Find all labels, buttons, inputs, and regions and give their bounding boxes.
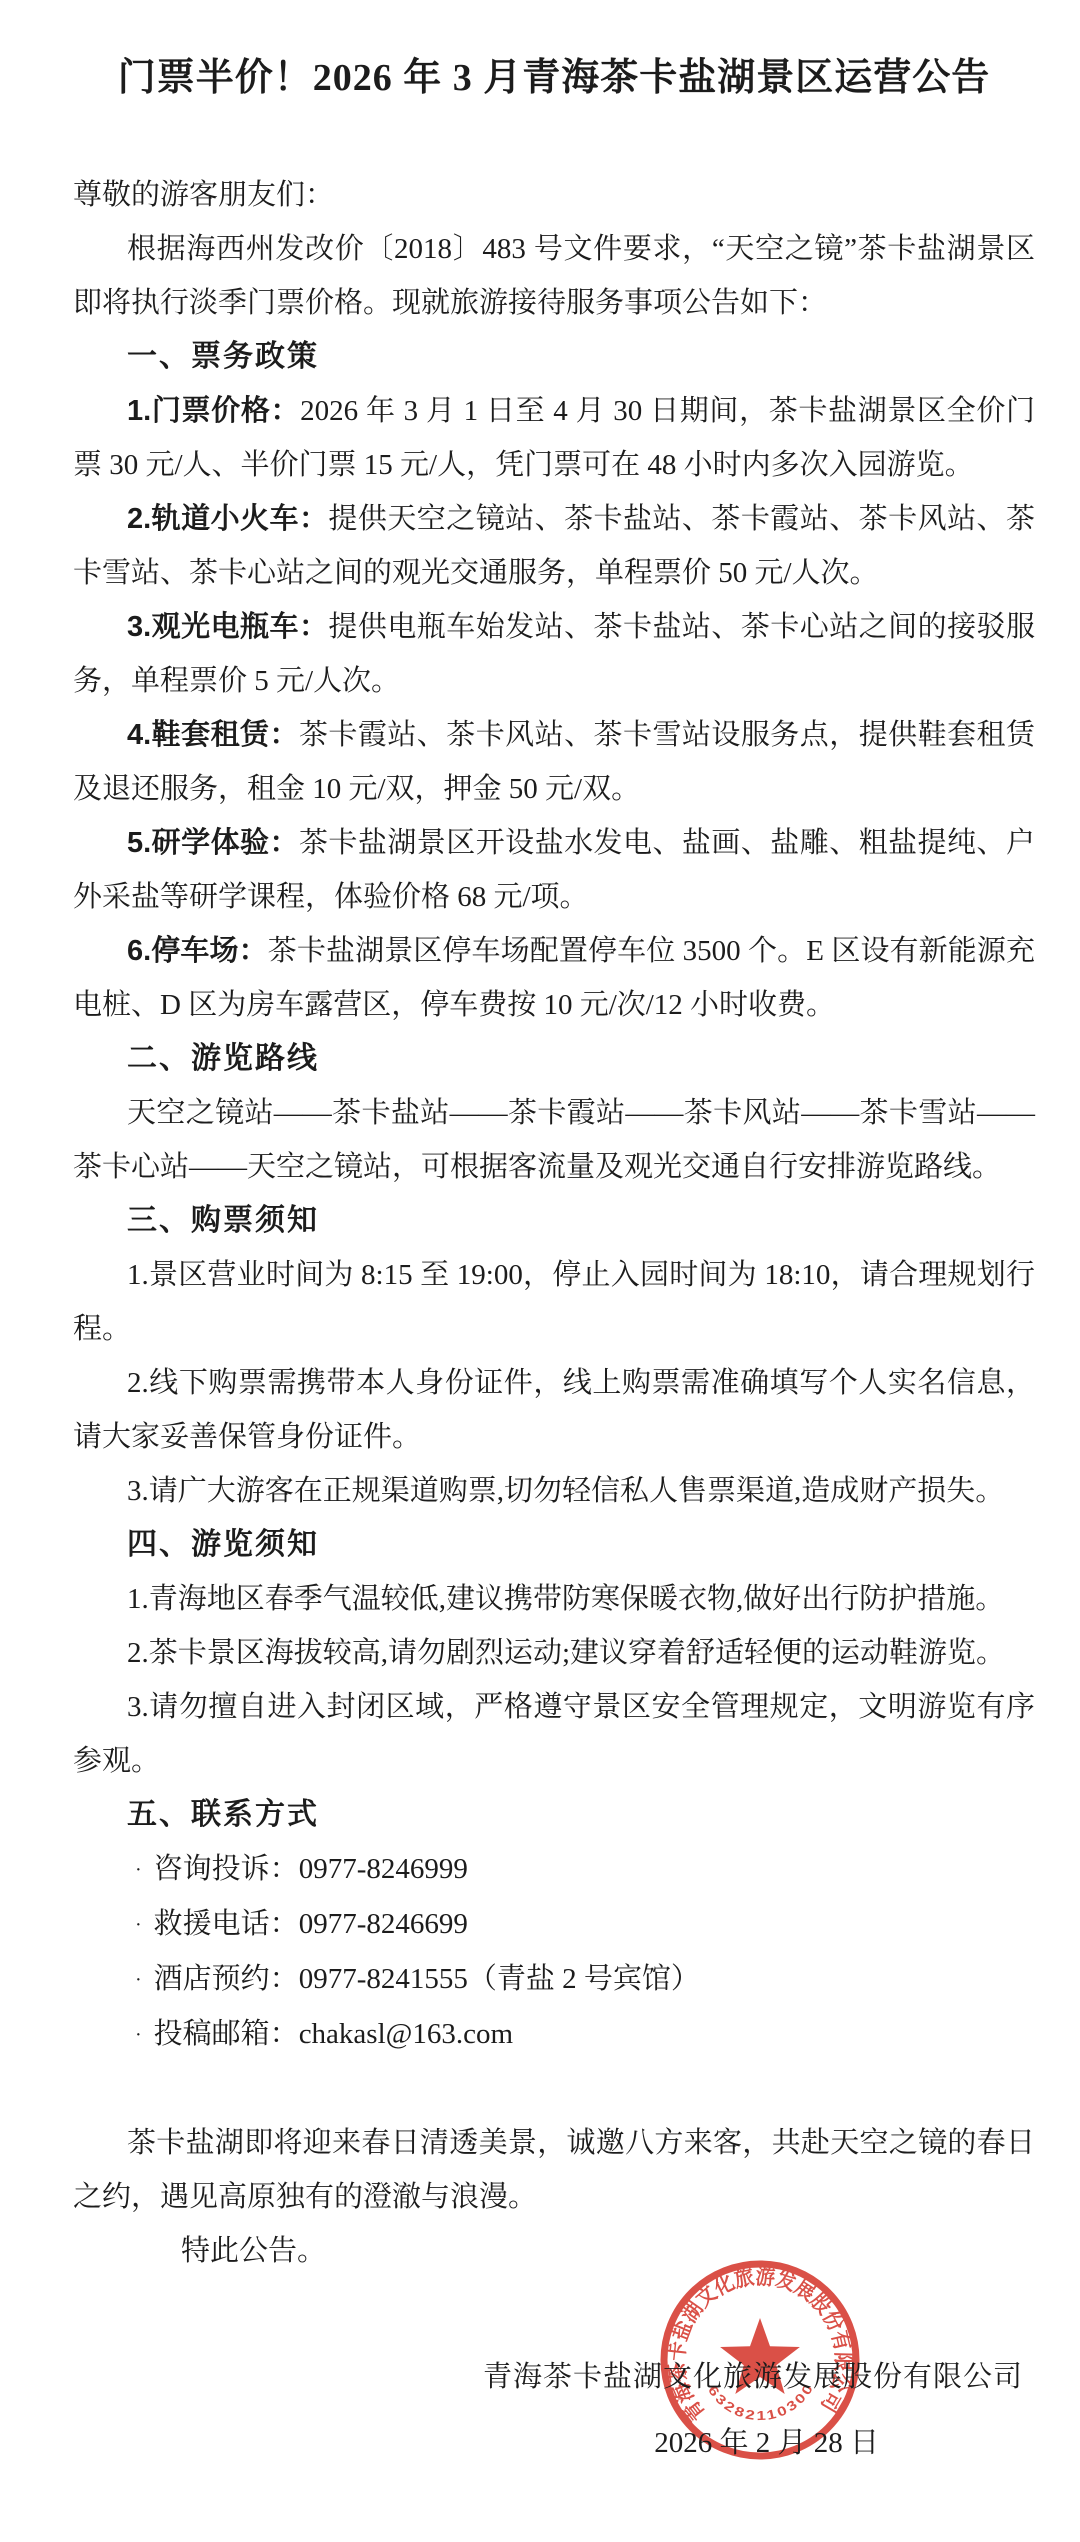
policy-item-parking: 6.停车场：茶卡盐湖景区停车场配置停车位 3500 个。E 区设有新能源充电桩、… [73, 924, 1035, 1032]
bullet-icon: · [135, 1843, 142, 1897]
contact-value: 0977-8246999 [299, 1853, 468, 1885]
contact-label: 咨询投诉： [154, 1853, 299, 1885]
announcement-date: 2026 年 2 月 28 日 [654, 2416, 879, 2470]
item-label: 5.研学体验： [127, 827, 299, 859]
signature-block: 青海茶卡盐湖文化旅游发展股份有限公司 6328211030079 青海茶卡盐湖文… [73, 2276, 1035, 2542]
policy-item-shuttle-cart: 3.观光电瓶车：提供电瓶车始发站、茶卡盐站、茶卡心站之间的接驳服务，单程票价 5… [73, 600, 1035, 708]
visit-notice-weather: 1.青海地区春季气温较低,建议携带防寒保暖衣物,做好出行防护措施。 [73, 1572, 1035, 1626]
policy-item-shoe-cover: 4.鞋套租赁：茶卡霞站、茶卡风站、茶卡雪站设服务点，提供鞋套租赁及退还服务，租金… [73, 708, 1035, 816]
intro-paragraph: 根据海西州发改价〔2018〕483 号文件要求，“天空之镜”茶卡盐湖景区即将执行… [73, 222, 1035, 330]
visit-notice-altitude: 2.茶卡景区海拔较高,请勿剧烈运动;建议穿着舒适轻便的运动鞋游览。 [73, 1626, 1035, 1680]
item-label: 3.观光电瓶车： [127, 611, 328, 643]
contact-label: 投稿邮箱： [154, 2018, 299, 2050]
item-label: 2.轨道小火车： [127, 503, 328, 535]
contact-value: 0977-8241555（青盐 2 号宾馆） [299, 1963, 700, 1995]
policy-item-study-tour: 5.研学体验：茶卡盐湖景区开设盐水发电、盐画、盐雕、粗盐提纯、户外采盐等研学课程… [73, 816, 1035, 924]
contact-item-rescue: ·救援电话：0977-8246699 [73, 1897, 1035, 1952]
announcement-page: 门票半价！2026 年 3 月青海茶卡盐湖景区运营公告 尊敬的游客朋友们： 根据… [0, 0, 1080, 2542]
visit-notice-safety: 3.请勿擅自进入封闭区域，严格遵守景区安全管理规定，文明游览有序参观。 [73, 1680, 1035, 1788]
item-label: 4.鞋套租赁： [127, 719, 299, 751]
contact-label: 酒店预约： [154, 1963, 299, 1995]
contact-item-hotel: ·酒店预约：0977-8241555（青盐 2 号宾馆） [73, 1952, 1035, 2007]
ticket-notice-id: 2.线下购票需携带本人身份证件，线上购票需准确填写个人实名信息，请大家妥善保管身… [73, 1356, 1035, 1464]
route-paragraph: 天空之镜站——茶卡盐站——茶卡霞站——茶卡风站——茶卡雪站——茶卡心站——天空之… [73, 1086, 1035, 1194]
bullet-icon: · [135, 1953, 142, 2007]
ticket-notice-official-channel: 3.请广大游客在正规渠道购票,切勿轻信私人售票渠道,造成财产损失。 [73, 1464, 1035, 1518]
bullet-icon: · [135, 2008, 142, 2062]
item-label: 1.门票价格： [127, 395, 300, 427]
closing-paragraph: 茶卡盐湖即将迎来春日清透美景，诚邀八方来客，共赴天空之镜的春日之约，遇见高原独有… [73, 2116, 1035, 2224]
section-heading-tour-route: 二、游览路线 [73, 1032, 1035, 1086]
contact-label: 救援电话： [154, 1908, 299, 1940]
section-heading-ticket-policy: 一、票务政策 [73, 330, 1035, 384]
section-heading-visit-notice: 四、游览须知 [73, 1518, 1035, 1572]
policy-item-ticket-price: 1.门票价格：2026 年 3 月 1 日至 4 月 30 日期间，茶卡盐湖景区… [73, 384, 1035, 492]
closing-note: 特此公告。 [73, 2224, 1035, 2278]
item-label: 6.停车场： [127, 935, 268, 967]
salutation: 尊敬的游客朋友们： [73, 168, 1035, 222]
policy-item-rail-train: 2.轨道小火车：提供天空之镜站、茶卡盐站、茶卡霞站、茶卡风站、茶卡雪站、茶卡心站… [73, 492, 1035, 600]
contact-item-complaint: ·咨询投诉：0977-8246999 [73, 1842, 1035, 1897]
contact-value: chakasl@163.com [299, 2018, 513, 2050]
section-heading-contact: 五、联系方式 [73, 1788, 1035, 1842]
company-name: 青海茶卡盐湖文化旅游发展股份有限公司 [483, 2350, 1023, 2404]
contact-item-email: ·投稿邮箱：chakasl@163.com [73, 2007, 1035, 2062]
bullet-icon: · [135, 1898, 142, 1952]
section-heading-ticket-notice: 三、购票须知 [73, 1194, 1035, 1248]
ticket-notice-hours: 1.景区营业时间为 8:15 至 19:00，停止入园时间为 18:10，请合理… [73, 1248, 1035, 1356]
page-title: 门票半价！2026 年 3 月青海茶卡盐湖景区运营公告 [73, 52, 1035, 104]
contact-value: 0977-8246699 [299, 1908, 468, 1940]
